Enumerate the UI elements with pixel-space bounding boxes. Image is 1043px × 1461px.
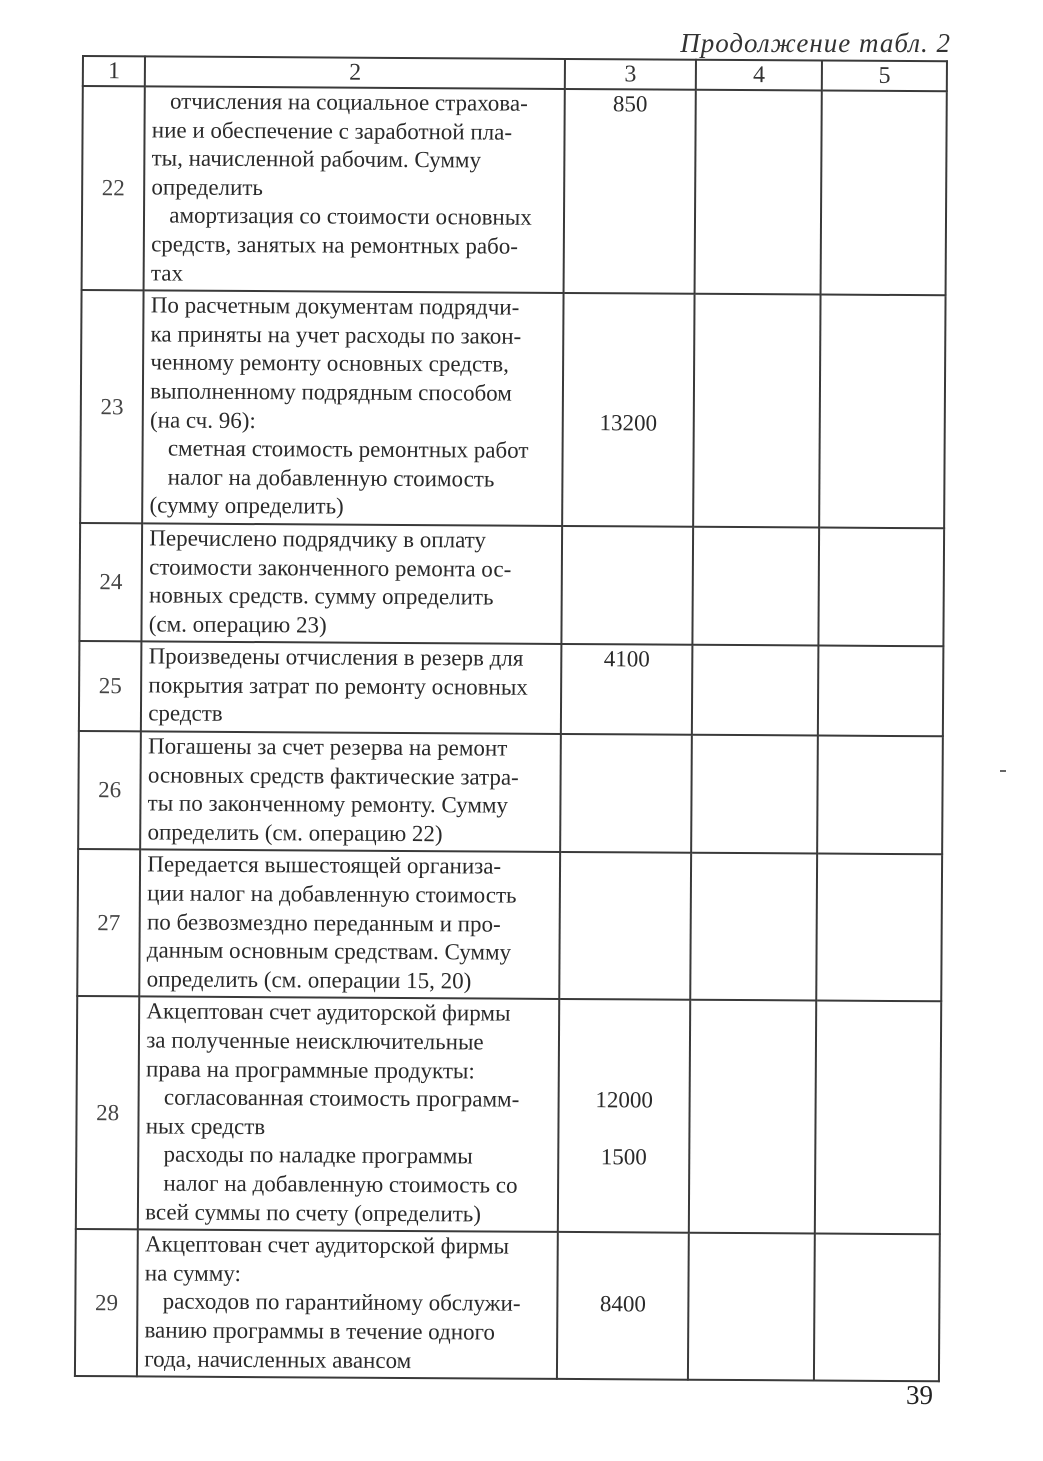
amount-line	[565, 204, 694, 233]
debit-cell	[691, 735, 818, 854]
table-row: 24Перечислено подрядчику в оплатустоимос…	[79, 523, 944, 647]
amount-line	[565, 176, 694, 205]
amount-line	[560, 1029, 689, 1058]
description-line: согласованная стоимость программ-	[146, 1084, 552, 1115]
amount-line	[561, 882, 690, 911]
header-col-3: 3	[565, 59, 696, 90]
description-line: сметная стоимость ремонтных работ	[150, 435, 556, 466]
description-line: по безвозмездно переданным и про-	[147, 908, 553, 939]
credit-cell	[817, 854, 943, 1002]
header-col-5: 5	[822, 61, 947, 92]
description-line: ных средств	[146, 1112, 552, 1143]
description-line: определить	[151, 173, 557, 204]
description-line: расходы по наладке программы	[145, 1141, 551, 1172]
page-number: 39	[906, 1380, 933, 1411]
description-line: ка приняты на учет расходы по закон-	[150, 320, 556, 351]
table-row: 29Акцептован счет аудиторской фирмына су…	[75, 1229, 940, 1381]
description-line: права на программные продукты:	[146, 1055, 552, 1086]
amount-line	[565, 233, 694, 262]
description-line: стоимости законченного ремонта ос-	[149, 553, 555, 584]
header-col-4: 4	[696, 60, 823, 91]
description-line: средств	[148, 700, 554, 731]
amount-line	[564, 437, 693, 466]
amount-line	[559, 1233, 688, 1262]
operation-number: 26	[78, 731, 141, 850]
amount-line	[560, 1000, 689, 1029]
table-row: 23По расчетным документам подрядчи-ка пр…	[80, 290, 945, 528]
description-line: ванию программы в течение одного	[144, 1316, 550, 1347]
operation-number: 25	[79, 641, 142, 731]
operation-description: Перечислено подрядчику в оплатустоимости…	[142, 523, 563, 644]
operation-number: 24	[79, 523, 142, 642]
amount-line	[564, 351, 693, 380]
amount-line	[561, 939, 690, 968]
operation-description: Передается вышестоящей организа-ции нало…	[140, 850, 561, 1000]
header-col-1: 1	[83, 56, 145, 86]
amount-line	[559, 1200, 688, 1229]
description-line: (сумму определить)	[149, 492, 555, 523]
description-line: основных средств фактические затра-	[148, 761, 554, 792]
amount-line	[563, 613, 692, 642]
operation-amount: 850	[564, 89, 696, 294]
credit-cell	[819, 527, 944, 646]
amount-line	[562, 764, 691, 793]
operation-amount: 4100	[561, 644, 692, 735]
description-line: всей суммы по счету (определить)	[145, 1198, 551, 1229]
description-line: налог на добавленную стоимость со	[145, 1169, 551, 1200]
table-row: 27Передается вышестоящей организа-ции на…	[77, 849, 942, 1001]
table-row: 28Акцептован счет аудиторской фирмыза по…	[76, 996, 941, 1234]
debit-cell	[693, 294, 821, 528]
amount-line	[566, 119, 695, 148]
amount-line	[562, 702, 691, 731]
description-line: ты по законченному ремонту. Сумму	[148, 790, 554, 821]
operation-description: Акцептован счет аудиторской фирмыза полу…	[138, 997, 559, 1232]
amount-line	[558, 1319, 687, 1348]
amount-line: 4100	[562, 645, 691, 674]
operation-description: Акцептован счет аудиторской фирмына сумм…	[137, 1230, 558, 1380]
operation-number: 28	[76, 996, 140, 1229]
table-row: 26Погашены за счет резерва на ремонтосно…	[78, 731, 943, 855]
amount-line	[563, 584, 692, 613]
operation-description: отчисления на социальное страхова-ние и …	[144, 86, 565, 293]
description-line: (на сч. 96):	[150, 406, 556, 437]
description-line: ты, начисленной рабочим. Сумму	[152, 145, 558, 176]
description-line: По расчетным документам подрядчи-	[151, 292, 557, 323]
amount-line	[560, 1115, 689, 1144]
description-line: Произведены отчисления в резерв для	[149, 643, 555, 674]
credit-cell	[818, 646, 943, 737]
credit-cell	[814, 1234, 940, 1382]
operation-description: По расчетным документам подрядчи-ка прин…	[142, 291, 563, 526]
amount-line	[560, 968, 689, 997]
description-line: новных средств. сумму определить	[149, 582, 555, 613]
scan-speck	[1000, 770, 1006, 772]
debit-cell	[690, 853, 817, 1001]
amount-line: 1500	[559, 1143, 688, 1172]
operation-number: 22	[82, 86, 146, 291]
debit-cell	[688, 1233, 815, 1381]
amount-line	[565, 262, 694, 291]
operation-number: 27	[77, 849, 140, 996]
amount-line	[564, 466, 693, 495]
description-line: покрытия затрат по ремонту основных	[148, 671, 554, 702]
amount-line	[563, 527, 692, 556]
description-line: года, начисленных авансом	[144, 1345, 550, 1376]
description-line: средств, занятых на ремонтных рабо-	[151, 230, 557, 261]
description-line: Акцептован счет аудиторской фирмы	[145, 1231, 551, 1262]
debit-cell	[694, 90, 822, 295]
amount-line	[561, 853, 690, 882]
amount-line	[562, 735, 691, 764]
amount-line: 12000	[560, 1086, 689, 1115]
amount-line: 850	[566, 90, 695, 119]
operation-amount: 13200	[562, 293, 694, 527]
operation-amount	[560, 734, 691, 853]
operation-number: 23	[80, 290, 144, 523]
amount-line	[564, 380, 693, 409]
operation-description: Погашены за счет резерва на ремонтосновн…	[140, 731, 561, 852]
credit-cell	[821, 91, 947, 296]
operation-amount: 8400	[557, 1232, 688, 1380]
operation-number: 29	[75, 1229, 138, 1376]
description-line: отчисления на социальное страхова-	[152, 87, 558, 118]
amount-line	[565, 147, 694, 176]
header-col-2: 2	[145, 56, 565, 89]
description-line: Погашены за счет резерва на ремонт	[148, 732, 554, 763]
description-line: (см. операцию 23)	[149, 610, 555, 641]
amount-line	[561, 821, 690, 850]
description-line: амортизация со стоимости основных	[151, 202, 557, 233]
amount-line	[563, 555, 692, 584]
amount-line	[562, 674, 691, 703]
table-row: 22отчисления на социальное страхова-ние …	[82, 86, 947, 295]
operation-description: Произведены отчисления в резерв дляпокры…	[141, 642, 561, 734]
description-line: на сумму:	[145, 1259, 551, 1290]
table-row: 25Произведены отчисления в резерв дляпок…	[79, 641, 944, 736]
table-caption: Продолжение табл. 2	[680, 28, 951, 59]
amount-line	[560, 1058, 689, 1087]
description-line: ции налог на добавленную стоимость	[147, 879, 553, 910]
debit-cell	[692, 645, 819, 736]
table-body: 22отчисления на социальное страхова-ние …	[75, 86, 947, 1381]
description-line: определить (см. операцию 22)	[147, 818, 553, 849]
debit-cell	[692, 527, 819, 646]
amount-line	[565, 294, 694, 323]
description-line: выполненному подрядным способом	[150, 377, 556, 408]
operation-amount	[562, 526, 693, 645]
operations-table: 1 2 3 4 5 22отчисления на социальное стр…	[74, 55, 948, 1382]
description-line: Передается вышестоящей организа-	[147, 851, 553, 882]
amount-line	[559, 1172, 688, 1201]
amount-line	[564, 323, 693, 352]
description-line: ченному ремонту основных средств,	[150, 349, 556, 380]
amount-line	[559, 1262, 688, 1291]
description-line: ние и обеспечение с заработной пла-	[152, 116, 558, 147]
description-line: расходов по гарантийному обслужи-	[145, 1288, 551, 1319]
description-line: Перечислено подрядчику в оплату	[149, 524, 555, 555]
amount-line: 8400	[559, 1290, 688, 1319]
credit-cell	[820, 295, 946, 529]
description-line: определить (см. операции 15, 20)	[147, 965, 553, 996]
description-line: данным основным средствам. Сумму	[147, 937, 553, 968]
amount-line	[563, 494, 692, 523]
description-line: налог на добавленную стоимость	[150, 463, 556, 494]
amount-line: 13200	[564, 408, 693, 437]
description-line: Акцептован счет аудиторской фирмы	[146, 998, 552, 1029]
credit-cell	[818, 736, 943, 855]
credit-cell	[815, 1001, 941, 1235]
debit-cell	[689, 1000, 817, 1234]
operation-amount	[559, 852, 690, 1000]
operation-amount: 120001500	[558, 999, 690, 1233]
description-line: тах	[151, 259, 557, 290]
amount-line	[562, 792, 691, 821]
amount-line	[561, 911, 690, 940]
description-line: за полученные неисключительные	[146, 1026, 552, 1057]
amount-line	[558, 1347, 687, 1376]
